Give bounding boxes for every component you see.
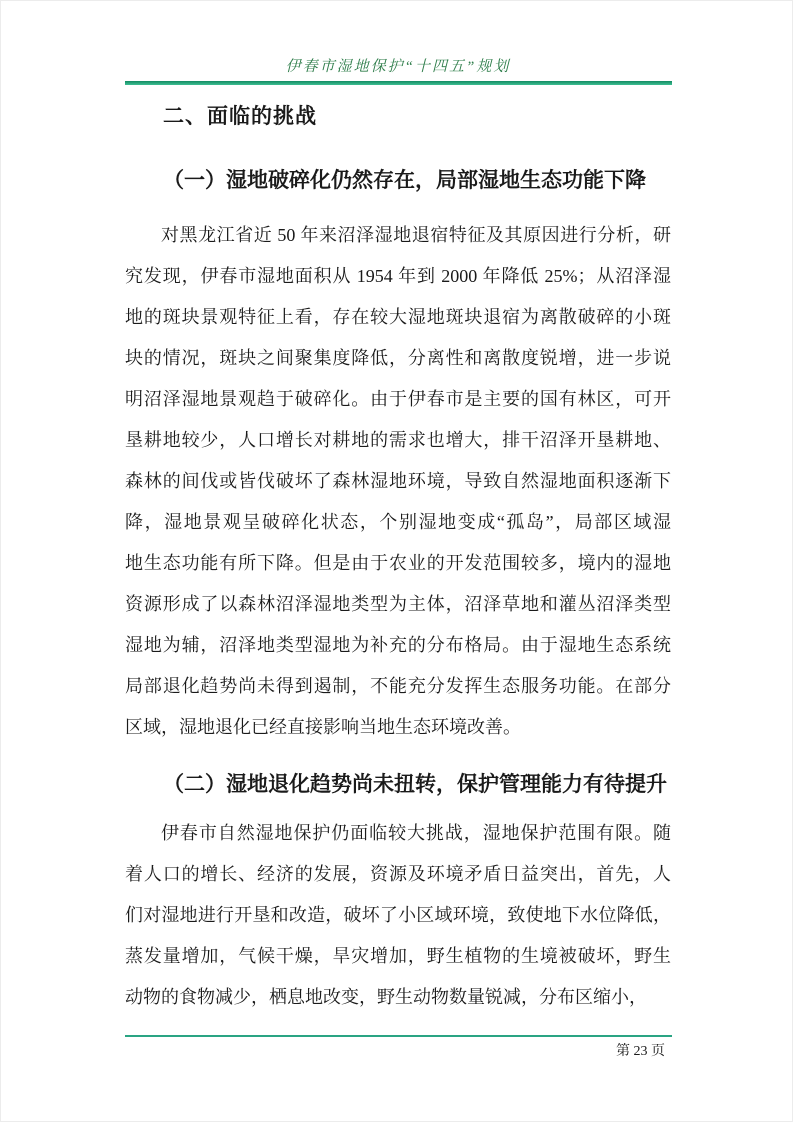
- paragraph-line: 区域，湿地退化已经直接影响当地生态环境改善。: [125, 707, 671, 748]
- paragraph-line: 地生态功能有所下降。但是由于农业的开发范围较多，境内的湿地: [125, 543, 671, 584]
- paragraph-line: 湿地为辅，沼泽地类型湿地为补充的分布格局。由于湿地生态系统: [125, 625, 671, 666]
- paragraph-line: 蒸发量增加，气候干燥，旱灾增加，野生植物的生境被破坏，野生: [125, 936, 671, 977]
- paragraph-line: 降，湿地景观呈破碎化状态，个别湿地变成“孤岛”，局部区域湿: [125, 502, 671, 543]
- paragraph-line: 伊春市自然湿地保护仍面临较大挑战，湿地保护范围有限。随: [125, 813, 671, 854]
- paragraph-line: 对黑龙江省近 50 年来沼泽湿地退宿特征及其原因进行分析，研: [125, 215, 671, 256]
- subsection-2-heading: （二）湿地退化趋势尚未扭转，保护管理能力有待提升: [125, 769, 671, 801]
- paragraph-line: 森林的间伐或皆伐破坏了森林湿地环境，导致自然湿地面积逐渐下: [125, 461, 671, 502]
- footer-rule: [125, 1035, 672, 1037]
- subsection-1-heading: （一）湿地破碎化仍然存在，局部湿地生态功能下降: [125, 165, 671, 197]
- subsection-1-paragraph: 对黑龙江省近 50 年来沼泽湿地退宿特征及其原因进行分析，研究发现，伊春市湿地面…: [125, 215, 671, 748]
- paragraph-line: 着人口的增长、经济的发展，资源及环境矛盾日益突出，首先，人: [125, 854, 671, 895]
- paragraph-line: 局部退化趋势尚未得到遏制，不能充分发挥生态服务功能。在部分: [125, 666, 671, 707]
- subsection-2-paragraph: 伊春市自然湿地保护仍面临较大挑战，湿地保护范围有限。随着人口的增长、经济的发展，…: [125, 813, 671, 1018]
- footer-page-number: 第 23 页: [125, 1040, 671, 1060]
- paragraph-line: 地的斑块景观特征上看，存在较大湿地斑块退宿为离散破碎的小斑: [125, 297, 671, 338]
- paragraph-line: 垦耕地较少，人口增长对耕地的需求也增大，排干沼泽开垦耕地、: [125, 420, 671, 461]
- paragraph-line: 动物的食物减少，栖息地改变，野生动物数量锐减，分布区缩小，: [125, 977, 671, 1018]
- section-title: 二、面临的挑战: [125, 101, 671, 133]
- paragraph-line: 明沼泽湿地景观趋于破碎化。由于伊春市是主要的国有林区，可开: [125, 379, 671, 420]
- paragraph-line: 资源形成了以森林沼泽湿地类型为主体，沼泽草地和灌丛沼泽类型: [125, 584, 671, 625]
- paragraph-line: 块的情况，斑块之间聚集度降低，分离性和离散度锐增，进一步说: [125, 338, 671, 379]
- paragraph-line: 们对湿地进行开垦和改造，破坏了小区域环境，致使地下水位降低，: [125, 895, 671, 936]
- document-page: 伊春市湿地保护“十四五”规划 二、面临的挑战 （一）湿地破碎化仍然存在，局部湿地…: [0, 0, 793, 1122]
- document-body: 二、面临的挑战 （一）湿地破碎化仍然存在，局部湿地生态功能下降 对黑龙江省近 5…: [125, 1, 671, 1018]
- paragraph-line: 究发现，伊春市湿地面积从 1954 年到 2000 年降低 25%；从沼泽湿: [125, 256, 671, 297]
